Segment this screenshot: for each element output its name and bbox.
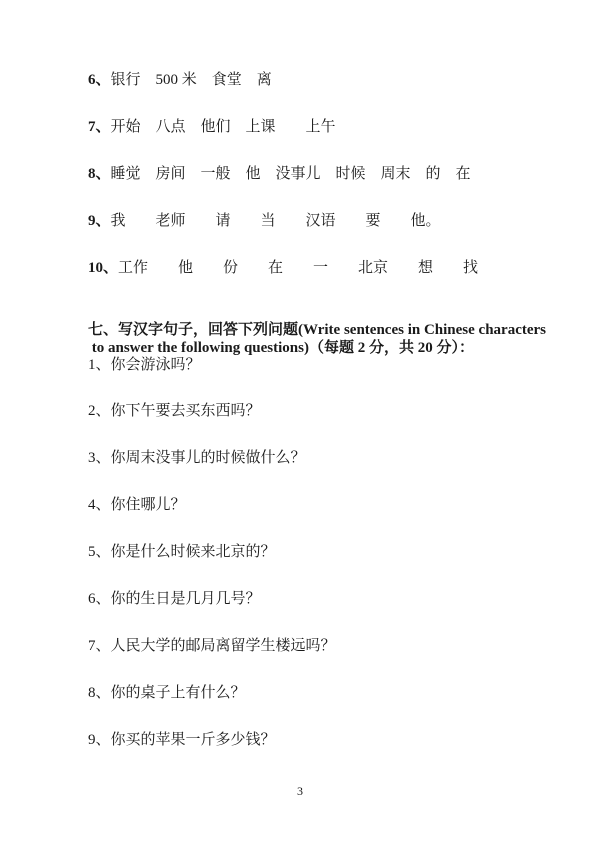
question-text: 你是什么时候来北京的？ — [111, 544, 276, 560]
question-number: 6、 — [88, 591, 111, 607]
question-text: 你周末没事儿的时候做什么？ — [111, 450, 306, 466]
word-order-item: 9、我 老师 请 当 汉语 要 他。 — [88, 212, 441, 231]
question-item: 7、人民大学的邮局离留学生楼远吗？ — [88, 637, 336, 656]
question-number: 8、 — [88, 685, 111, 701]
question-number: 4、 — [88, 497, 111, 513]
word-order-item: 10、工作 他 份 在 一 北京 想 找 — [88, 259, 478, 278]
question-item: 4、你住哪儿？ — [88, 496, 186, 515]
document-page: 6、银行 500 米 食堂 离 7、开始 八点 他们 上课 上午 8、睡觉 房间… — [0, 0, 600, 849]
item-number: 6、 — [88, 72, 111, 88]
question-item: 1、你会游泳吗？ — [88, 356, 201, 375]
question-number: 3、 — [88, 450, 111, 466]
word-order-item: 6、银行 500 米 食堂 离 — [88, 71, 272, 90]
question-text: 你的桌子上有什么？ — [111, 685, 246, 701]
question-text: 你住哪儿？ — [111, 497, 186, 513]
word-order-item: 7、开始 八点 他们 上课 上午 — [88, 118, 336, 137]
item-words: 睡觉 房间 一般 他 没事儿 时候 周末 的 在 — [111, 166, 471, 182]
word-order-item: 8、睡觉 房间 一般 他 没事儿 时候 周末 的 在 — [88, 165, 471, 184]
question-number: 5、 — [88, 544, 111, 560]
question-text: 你买的苹果一斤多少钱？ — [111, 732, 276, 748]
question-text: 你会游泳吗？ — [111, 357, 201, 373]
question-item: 9、你买的苹果一斤多少钱？ — [88, 731, 276, 750]
question-text: 人民大学的邮局离留学生楼远吗？ — [111, 638, 336, 654]
item-number: 8、 — [88, 166, 111, 182]
question-number: 9、 — [88, 732, 111, 748]
item-words: 我 老师 请 当 汉语 要 他。 — [111, 213, 441, 229]
question-item: 3、你周末没事儿的时候做什么？ — [88, 449, 306, 468]
question-number: 7、 — [88, 638, 111, 654]
page-number: 3 — [0, 784, 600, 799]
item-words: 银行 500 米 食堂 离 — [111, 72, 272, 88]
item-number: 7、 — [88, 119, 111, 135]
item-words: 开始 八点 他们 上课 上午 — [111, 119, 336, 135]
item-number: 10、 — [88, 260, 118, 276]
question-item: 6、你的生日是几月几号？ — [88, 590, 261, 609]
question-number: 1、 — [88, 357, 111, 373]
item-words: 工作 他 份 在 一 北京 想 找 — [118, 260, 478, 276]
question-text: 你的生日是几月几号？ — [111, 591, 261, 607]
question-number: 2、 — [88, 403, 111, 419]
question-item: 5、你是什么时候来北京的？ — [88, 543, 276, 562]
question-item: 2、你下午要去买东西吗？ — [88, 402, 261, 421]
question-item: 8、你的桌子上有什么？ — [88, 684, 246, 703]
question-text: 你下午要去买东西吗？ — [111, 403, 261, 419]
section-heading-line-1: 七、写汉字句子，回答下列问题(Write sentences in Chines… — [88, 321, 546, 340]
item-number: 9、 — [88, 213, 111, 229]
